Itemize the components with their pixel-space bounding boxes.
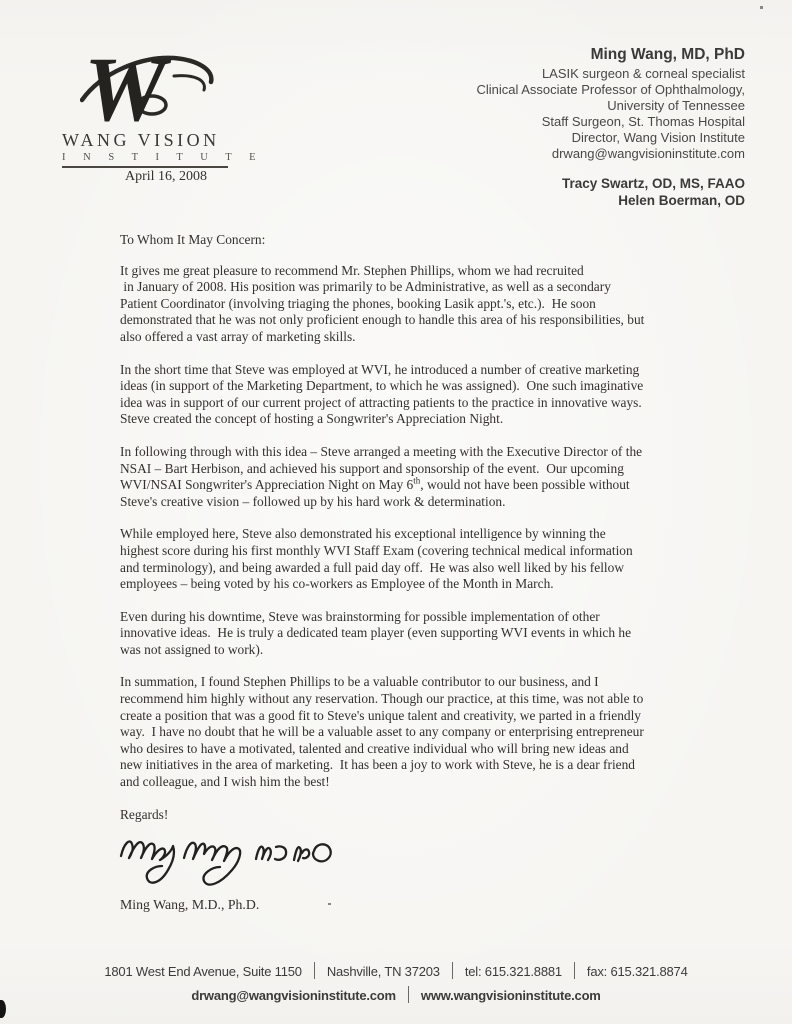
letter-line: WVI/NSAI Songwriter's Appreciation Night… [120,477,695,494]
letter-line: way. I have no doubt that he will be a v… [120,724,695,741]
logo-subtext: I N S T I T U T E [62,152,232,163]
closing: Regards! [120,807,695,824]
footer-segment: 1801 West End Avenue, Suite 1150 [104,964,301,979]
letter-line: in January of 2008. His position was pri… [120,279,695,296]
letterhead-block: Ming Wang, MD, PhD LASIK surgeon & corne… [476,46,745,209]
footer-segment: www.wangvisioninstitute.com [421,988,601,1003]
letter-date: April 16, 2008 [125,169,207,185]
letter-line: employees – being voted by his co-worker… [120,576,695,593]
letterhead-title-line: Clinical Associate Professor of Ophthalm… [476,82,745,98]
letter-paragraph: In summation, I found Stephen Phillips t… [120,674,695,790]
footer-divider [408,986,409,1003]
letter-line: In summation, I found Stephen Phillips t… [120,674,695,691]
letter-line: Even during his downtime, Steve was brai… [120,609,695,626]
handwritten-signature [116,825,336,895]
letter-paragraphs: It gives me great pleasure to recommend … [120,263,695,791]
footer-segment: tel: 615.321.8881 [465,964,562,979]
letter-line: recommend him highly without any reserva… [120,691,695,708]
letter-line: who desires to have a motivated, talente… [120,741,695,758]
salutation: To Whom It May Concern: [120,232,695,249]
letterhead-name: Ming Wang, MD, PhD [476,46,745,64]
letter-line: idea was in support of our current proje… [120,395,695,412]
letterhead-associates: Tracy Swartz, OD, MS, FAAOHelen Boerman,… [476,175,745,209]
footer: 1801 West End Avenue, Suite 1150Nashvill… [0,962,792,1003]
letterhead-titles: LASIK surgeon & corneal specialistClinic… [476,66,745,162]
letter-paragraph: In the short time that Steve was employe… [120,362,695,428]
letter-line: It gives me great pleasure to recommend … [120,263,695,280]
scan-artifact [0,1000,6,1018]
letter-line: demonstrated that he was not only profic… [120,312,695,329]
letter-line: also offered a vast array of marketing s… [120,329,695,346]
footer-divider [574,962,575,979]
footer-segment: Nashville, TN 37203 [327,964,440,979]
letter-line: was not assigned to work). [120,642,695,659]
letter-paragraph: In following through with this idea – St… [120,444,695,510]
letter-line: and colleague, and I wish him the best! [120,774,695,791]
letter-line: Patient Coordinator (involving triaging … [120,296,695,313]
scanned-letter-page: W WANG VISION I N S T I T U T E April 16… [0,0,792,1024]
logo-w-monogram-icon: W [80,42,230,128]
scan-artifact [760,6,763,9]
letter-line: innovative ideas. He is truly a dedicate… [120,625,695,642]
letterhead-associate: Helen Boerman, OD [476,192,745,209]
letter-line: In the short time that Steve was employe… [120,362,695,379]
letter-body: To Whom It May Concern: It gives me grea… [120,232,695,914]
letter-line: new initiatives in the area of marketing… [120,757,695,774]
svg-text:W: W [84,42,172,128]
signer-name: Ming Wang, M.D., Ph.D. [120,897,695,914]
footer-divider [314,962,315,979]
letterhead-title-line: drwang@wangvisioninstitute.com [476,146,745,162]
letterhead-associate: Tracy Swartz, OD, MS, FAAO [476,175,745,192]
logo-wordmark: WANG VISION [62,130,232,151]
letter-line: While employed here, Steve also demonstr… [120,526,695,543]
letter-line: ideas (in support of the Marketing Depar… [120,378,695,395]
letter-line: Steve created the concept of hosting a S… [120,411,695,428]
letter-line: Steve's creative vision – followed up by… [120,494,695,511]
footer-segment: drwang@wangvisioninstitute.com [191,988,396,1003]
logo-rule [62,166,228,168]
letter-line: create a position that was a good fit to… [120,708,695,725]
letter-paragraph: While employed here, Steve also demonstr… [120,526,695,592]
letterhead-title-line: Staff Surgeon, St. Thomas Hospital [476,114,745,130]
footer-segment: fax: 615.321.8874 [587,964,688,979]
letterhead-title-line: University of Tennessee [476,98,745,114]
letter-line: NSAI – Bart Herbison, and achieved his s… [120,461,695,478]
footer-web-line: drwang@wangvisioninstitute.comwww.wangvi… [0,986,792,1003]
letter-line: and terminology), and being awarded a fu… [120,560,695,577]
letter-paragraph: It gives me great pleasure to recommend … [120,263,695,346]
letter-line: In following through with this idea – St… [120,444,695,461]
letterhead-title-line: LASIK surgeon & corneal specialist [476,66,745,82]
footer-address-line: 1801 West End Avenue, Suite 1150Nashvill… [0,962,792,979]
letter-paragraph: Even during his downtime, Steve was brai… [120,609,695,659]
footer-divider [452,962,453,979]
wang-vision-logo: W WANG VISION I N S T I T U T E [62,42,232,168]
letterhead-title-line: Director, Wang Vision Institute [476,130,745,146]
letter-line: highest score during his first monthly W… [120,543,695,560]
scan-artifact [328,903,331,905]
